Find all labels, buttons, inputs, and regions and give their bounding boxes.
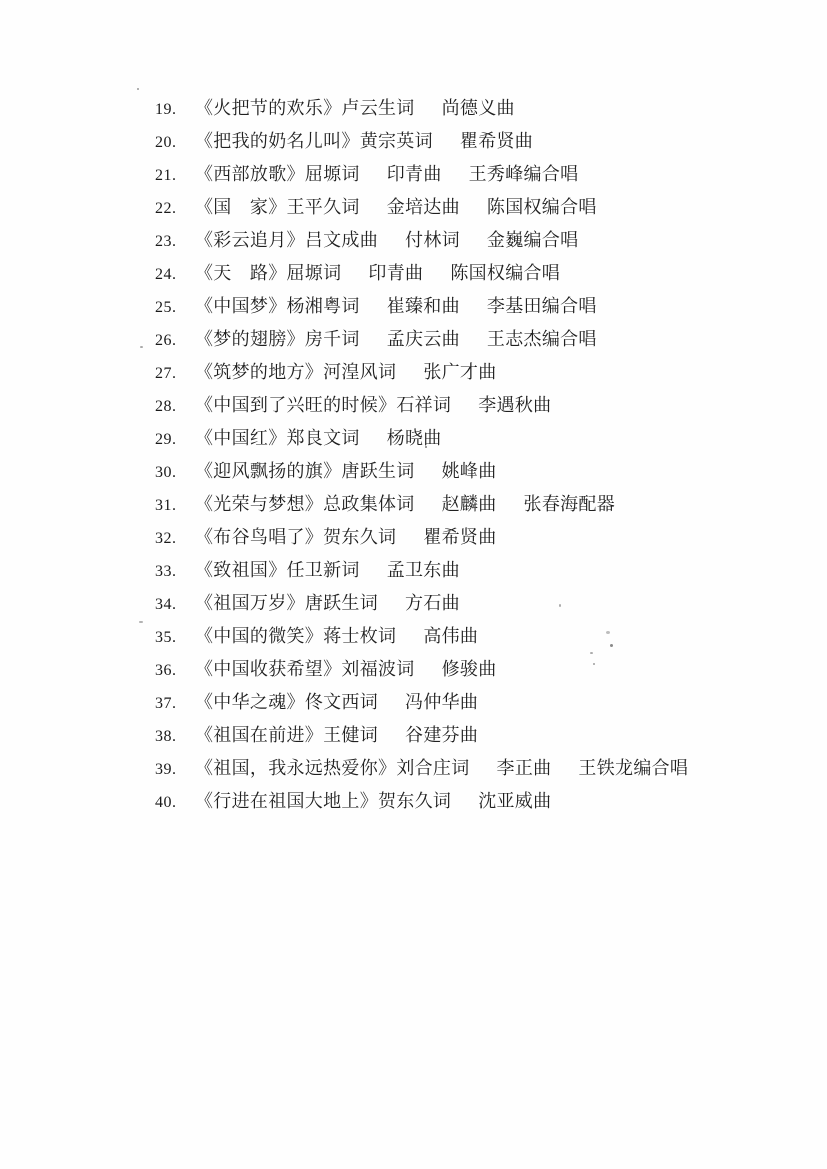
- list-item: 40.《行进在祖国大地上》贺东久词沈亚威曲: [155, 785, 715, 818]
- list-item: 27.《筑梦的地方》河湟风词张广才曲: [155, 356, 715, 389]
- song-credit: 瞿希贤曲: [423, 527, 496, 547]
- song-credit: 金巍编合唱: [487, 230, 579, 250]
- song-credit: 赵麟曲: [442, 494, 497, 514]
- item-text: 《天 路》屈塬词印青曲陈国权编合唱: [195, 263, 560, 283]
- song-credit: 唐跃生词: [305, 593, 378, 613]
- item-number: 39.: [155, 753, 195, 786]
- list-item: 21.《西部放歌》屈塬词印青曲王秀峰编合唱: [155, 158, 715, 191]
- song-credit: 唐跃生词: [341, 461, 414, 481]
- song-credit: 印青曲: [387, 164, 442, 184]
- song-credit: 王秀峰编合唱: [469, 164, 579, 184]
- song-credit: 刘福波词: [341, 659, 414, 679]
- item-text: 《光荣与梦想》总政集体词赵麟曲张春海配器: [195, 494, 615, 514]
- list-item: 24.《天 路》屈塬词印青曲陈国权编合唱: [155, 257, 715, 290]
- song-title: 《梦的翅膀》: [195, 329, 305, 349]
- song-title: 《国 家》: [195, 197, 287, 217]
- item-number: 31.: [155, 489, 195, 522]
- item-number: 35.: [155, 621, 195, 654]
- list-item: 36.《中国收获希望》刘福波词修骏曲: [155, 653, 715, 686]
- item-number: 36.: [155, 654, 195, 687]
- item-number: 30.: [155, 456, 195, 489]
- item-number: 23.: [155, 225, 195, 258]
- song-credit: 吕文成曲: [305, 230, 378, 250]
- song-credit: 刘合庄词: [396, 758, 469, 778]
- song-credit: 谷建芬曲: [405, 725, 478, 745]
- song-credit: 金培达曲: [387, 197, 460, 217]
- song-credit: 蒋士枚词: [323, 626, 396, 646]
- list-item: 19.《火把节的欢乐》卢云生词尚德义曲: [155, 92, 715, 125]
- list-item: 28.《中国到了兴旺的时候》石祥词李遇秋曲: [155, 389, 715, 422]
- item-text: 《中国梦》杨湘粤词崔臻和曲李基田编合唱: [195, 296, 597, 316]
- song-credit: 王健词: [323, 725, 378, 745]
- scan-speck: [140, 346, 143, 348]
- list-item: 33.《致祖国》任卫新词孟卫东曲: [155, 554, 715, 587]
- song-title: 《把我的奶名儿叫》: [195, 131, 360, 151]
- song-title: 《中国到了兴旺的时候》: [195, 395, 396, 415]
- item-number: 37.: [155, 687, 195, 720]
- scan-speck: [610, 644, 613, 647]
- item-text: 《国 家》王平久词金培达曲陈国权编合唱: [195, 197, 597, 217]
- song-title: 《天 路》: [195, 263, 287, 283]
- item-text: 《中华之魂》佟文西词冯仲华曲: [195, 692, 478, 712]
- scan-speck: [137, 88, 139, 90]
- song-title: 《祖国，我永远热爱你》: [195, 758, 396, 778]
- list-item: 20.《把我的奶名儿叫》黄宗英词瞿希贤曲: [155, 125, 715, 158]
- song-title: 《行进在祖国大地上》: [195, 791, 378, 811]
- song-credit: 方石曲: [405, 593, 460, 613]
- item-text: 《火把节的欢乐》卢云生词尚德义曲: [195, 98, 515, 118]
- item-number: 27.: [155, 357, 195, 390]
- item-text: 《中国的微笑》蒋士枚词高伟曲: [195, 626, 478, 646]
- song-title: 《中华之魂》: [195, 692, 305, 712]
- song-credit: 贺东久词: [378, 791, 451, 811]
- song-credit: 姚峰曲: [442, 461, 497, 481]
- scanned-page: 19.《火把节的欢乐》卢云生词尚德义曲20.《把我的奶名儿叫》黄宗英词瞿希贤曲2…: [0, 0, 827, 1169]
- list-item: 23.《彩云追月》吕文成曲付林词金巍编合唱: [155, 224, 715, 257]
- song-title: 《中国梦》: [195, 296, 287, 316]
- song-title: 《布谷鸟唱了》: [195, 527, 323, 547]
- list-item: 35.《中国的微笑》蒋士枚词高伟曲: [155, 620, 715, 653]
- list-item: 22.《国 家》王平久词金培达曲陈国权编合唱: [155, 191, 715, 224]
- song-credit: 陈国权编合唱: [487, 197, 597, 217]
- list-item: 39.《祖国，我永远热爱你》刘合庄词李正曲王铁龙编合唱: [155, 752, 715, 785]
- item-number: 32.: [155, 522, 195, 555]
- song-credit: 王志杰编合唱: [487, 329, 597, 349]
- song-title: 《彩云追月》: [195, 230, 305, 250]
- song-title: 《西部放歌》: [195, 164, 305, 184]
- song-credit: 修骏曲: [442, 659, 497, 679]
- item-text: 《祖国万岁》唐跃生词方石曲: [195, 593, 460, 613]
- song-credit: 石祥词: [396, 395, 451, 415]
- item-text: 《中国到了兴旺的时候》石祥词李遇秋曲: [195, 395, 551, 415]
- song-credit: 孟庆云曲: [387, 329, 460, 349]
- item-text: 《迎风飘扬的旗》唐跃生词姚峰曲: [195, 461, 497, 481]
- song-credit: 王平久词: [287, 197, 360, 217]
- song-credit: 佟文西词: [305, 692, 378, 712]
- item-text: 《中国收获希望》刘福波词修骏曲: [195, 659, 497, 679]
- item-number: 22.: [155, 192, 195, 225]
- song-title: 《迎风飘扬的旗》: [195, 461, 341, 481]
- item-number: 19.: [155, 93, 195, 126]
- song-credit: 沈亚威曲: [478, 791, 551, 811]
- item-text: 《梦的翅膀》房千词孟庆云曲王志杰编合唱: [195, 329, 597, 349]
- item-number: 24.: [155, 258, 195, 291]
- item-number: 25.: [155, 291, 195, 324]
- song-credit: 孟卫东曲: [387, 560, 460, 580]
- scan-speck: [590, 652, 593, 654]
- item-text: 《彩云追月》吕文成曲付林词金巍编合唱: [195, 230, 578, 250]
- item-text: 《把我的奶名儿叫》黄宗英词瞿希贤曲: [195, 131, 533, 151]
- song-title: 《中国收获希望》: [195, 659, 341, 679]
- song-credit: 印青曲: [368, 263, 423, 283]
- item-text: 《西部放歌》屈塬词印青曲王秀峰编合唱: [195, 164, 578, 184]
- song-credit: 张春海配器: [524, 494, 616, 514]
- item-number: 33.: [155, 555, 195, 588]
- song-credit: 王铁龙编合唱: [578, 758, 688, 778]
- item-number: 29.: [155, 423, 195, 456]
- song-credit: 贺东久词: [323, 527, 396, 547]
- song-title: 《光荣与梦想》: [195, 494, 323, 514]
- song-credit: 尚德义曲: [442, 98, 515, 118]
- list-item: 34.《祖国万岁》唐跃生词方石曲: [155, 587, 715, 620]
- item-text: 《筑梦的地方》河湟风词张广才曲: [195, 362, 497, 382]
- item-number: 38.: [155, 720, 195, 753]
- song-credit: 李遇秋曲: [478, 395, 551, 415]
- scan-speck: [606, 631, 610, 634]
- song-credit: 杨晓曲: [387, 428, 442, 448]
- item-number: 40.: [155, 786, 195, 819]
- item-text: 《致祖国》任卫新词孟卫东曲: [195, 560, 460, 580]
- song-title: 《祖国在前进》: [195, 725, 323, 745]
- song-credit: 张广才曲: [423, 362, 496, 382]
- song-title: 《致祖国》: [195, 560, 287, 580]
- song-title: 《筑梦的地方》: [195, 362, 323, 382]
- item-text: 《中国红》郑良文词杨晓曲: [195, 428, 442, 448]
- item-text: 《行进在祖国大地上》贺东久词沈亚威曲: [195, 791, 551, 811]
- scan-speck: [139, 621, 143, 623]
- song-credit: 李正曲: [497, 758, 552, 778]
- song-list: 19.《火把节的欢乐》卢云生词尚德义曲20.《把我的奶名儿叫》黄宗英词瞿希贤曲2…: [155, 92, 715, 818]
- song-title: 《火把节的欢乐》: [195, 98, 341, 118]
- song-credit: 李基田编合唱: [487, 296, 597, 316]
- song-credit: 瞿希贤曲: [460, 131, 533, 151]
- song-title: 《中国的微笑》: [195, 626, 323, 646]
- item-number: 34.: [155, 588, 195, 621]
- item-text: 《祖国在前进》王健词谷建芬曲: [195, 725, 478, 745]
- song-credit: 高伟曲: [423, 626, 478, 646]
- song-credit: 杨湘粤词: [287, 296, 360, 316]
- song-credit: 郑良文词: [287, 428, 360, 448]
- song-title: 《中国红》: [195, 428, 287, 448]
- list-item: 25.《中国梦》杨湘粤词崔臻和曲李基田编合唱: [155, 290, 715, 323]
- song-credit: 崔臻和曲: [387, 296, 460, 316]
- song-credit: 陈国权编合唱: [450, 263, 560, 283]
- scan-speck: [559, 604, 561, 607]
- list-item: 30.《迎风飘扬的旗》唐跃生词姚峰曲: [155, 455, 715, 488]
- item-number: 21.: [155, 159, 195, 192]
- list-item: 26.《梦的翅膀》房千词孟庆云曲王志杰编合唱: [155, 323, 715, 356]
- list-item: 29.《中国红》郑良文词杨晓曲: [155, 422, 715, 455]
- list-item: 32.《布谷鸟唱了》贺东久词瞿希贤曲: [155, 521, 715, 554]
- scan-speck: [407, 104, 409, 106]
- song-credit: 总政集体词: [323, 494, 415, 514]
- song-credit: 屈塬词: [287, 263, 342, 283]
- song-credit: 屈塬词: [305, 164, 360, 184]
- item-number: 20.: [155, 126, 195, 159]
- song-credit: 付林词: [405, 230, 460, 250]
- song-credit: 河湟风词: [323, 362, 396, 382]
- scan-speck: [425, 446, 427, 448]
- item-text: 《祖国，我永远热爱你》刘合庄词李正曲王铁龙编合唱: [195, 758, 688, 778]
- list-item: 31.《光荣与梦想》总政集体词赵麟曲张春海配器: [155, 488, 715, 521]
- song-credit: 卢云生词: [341, 98, 414, 118]
- song-credit: 黄宗英词: [360, 131, 433, 151]
- list-item: 37.《中华之魂》佟文西词冯仲华曲: [155, 686, 715, 719]
- scan-speck: [593, 663, 595, 665]
- item-text: 《布谷鸟唱了》贺东久词瞿希贤曲: [195, 527, 497, 547]
- item-number: 28.: [155, 390, 195, 423]
- song-credit: 房千词: [305, 329, 360, 349]
- song-credit: 冯仲华曲: [405, 692, 478, 712]
- song-credit: 任卫新词: [287, 560, 360, 580]
- item-number: 26.: [155, 324, 195, 357]
- list-item: 38.《祖国在前进》王健词谷建芬曲: [155, 719, 715, 752]
- song-title: 《祖国万岁》: [195, 593, 305, 613]
